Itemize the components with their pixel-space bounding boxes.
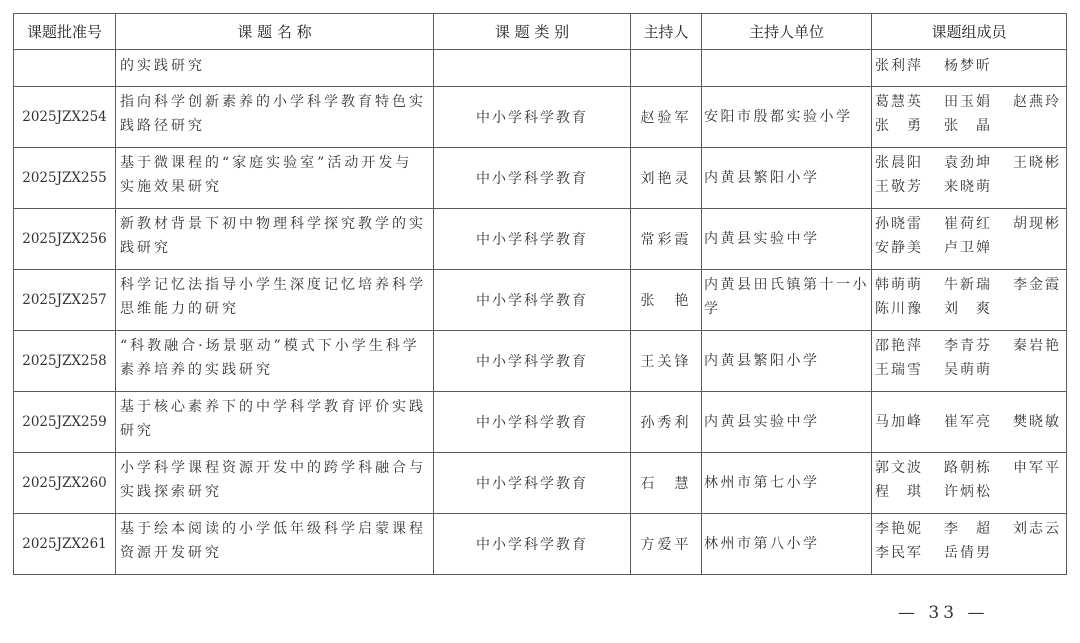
cell-category: 中小学科学教育	[434, 209, 631, 270]
cell-title: 小学科学课程资源开发中的跨学科融合与实践探索研究	[116, 453, 434, 514]
cell-id: 2025JZX261	[14, 514, 116, 575]
header-category: 课 题 类 别	[434, 14, 631, 50]
cell-unit: 林州市第七小学	[702, 453, 872, 514]
table-row: 2025JZX258 “科教融合·场景驱动”模式下小学生科学素养培养的实践研究 …	[14, 331, 1067, 392]
cell-unit: 内黄县田氏镇第十一小学	[702, 270, 872, 331]
cell-id: 2025JZX258	[14, 331, 116, 392]
header-host: 主持人	[631, 14, 702, 50]
header-unit: 主持人单位	[702, 14, 872, 50]
members-line: 邵艳萍 李青芬 秦岩艳	[875, 334, 1063, 358]
cell-unit: 内黄县繁阳小学	[702, 331, 872, 392]
cell-category: 中小学科学教育	[434, 148, 631, 209]
cell-id: 2025JZX260	[14, 453, 116, 514]
page-number: — 33 —	[898, 603, 988, 623]
cell-host: 孙秀利	[631, 392, 702, 453]
cell-unit: 林州市第八小学	[702, 514, 872, 575]
cell-members: 张利萍 杨梦昕	[872, 50, 1067, 87]
cell-title: 新教材背景下初中物理科学探究教学的实践研究	[116, 209, 434, 270]
cell-unit: 安阳市殷都实验小学	[702, 87, 872, 148]
cell-category: 中小学科学教育	[434, 270, 631, 331]
cell-host: 赵验军	[631, 87, 702, 148]
cell-title: 的实践研究	[116, 50, 434, 87]
table-row: 2025JZX261 基于绘本阅读的小学低年级科学启蒙课程资源开发研究 中小学科…	[14, 514, 1067, 575]
table-row: 2025JZX254 指向科学创新素养的小学科学教育特色实践路径研究 中小学科学…	[14, 87, 1067, 148]
cell-category: 中小学科学教育	[434, 392, 631, 453]
cell-title: 指向科学创新素养的小学科学教育特色实践路径研究	[116, 87, 434, 148]
cell-host: 石 慧	[631, 453, 702, 514]
members-line: 张 勇 张 晶	[875, 114, 1063, 138]
project-table: 课题批准号 课 题 名 称 课 题 类 别 主持人 主持人单位 课题组成员 的实…	[13, 13, 1067, 575]
members-line: 李民军 岳倩男	[875, 541, 1063, 565]
table-row: 2025JZX259 基于核心素养下的中学科学教育评价实践研究 中小学科学教育 …	[14, 392, 1067, 453]
cell-id: 2025JZX255	[14, 148, 116, 209]
cell-host: 常彩霞	[631, 209, 702, 270]
members-line: 马加峰 崔军亮 樊晓敏	[875, 410, 1063, 434]
header-members: 课题组成员	[872, 14, 1067, 50]
cell-members: 邵艳萍 李青芬 秦岩艳 王瑞雪 吴萌萌	[872, 331, 1067, 392]
members-line: 程 琪 许炳松	[875, 480, 1063, 504]
cell-members: 张晨阳 袁劲坤 王晓彬 王敬芳 来晓萌	[872, 148, 1067, 209]
cell-title: 科学记忆法指导小学生深度记忆培养科学思维能力的研究	[116, 270, 434, 331]
cell-host: 张 艳	[631, 270, 702, 331]
header-id: 课题批准号	[14, 14, 116, 50]
cell-host	[631, 50, 702, 87]
table-row: 2025JZX257 科学记忆法指导小学生深度记忆培养科学思维能力的研究 中小学…	[14, 270, 1067, 331]
members-line: 安静美 卢卫婵	[875, 236, 1063, 260]
members-line: 韩萌萌 牛新瑞 李金霞	[875, 273, 1063, 297]
cell-id: 2025JZX256	[14, 209, 116, 270]
cell-category: 中小学科学教育	[434, 514, 631, 575]
cell-id: 2025JZX259	[14, 392, 116, 453]
members-line: 王敬芳 来晓萌	[875, 175, 1063, 199]
cell-members: 葛慧英 田玉娟 赵燕玲 张 勇 张 晶	[872, 87, 1067, 148]
header-title: 课 题 名 称	[116, 14, 434, 50]
members-line: 郭文波 路朝栋 申军平	[875, 456, 1063, 480]
cell-host: 刘艳灵	[631, 148, 702, 209]
cell-title: 基于核心素养下的中学科学教育评价实践研究	[116, 392, 434, 453]
members-line: 葛慧英 田玉娟 赵燕玲	[875, 90, 1063, 114]
cell-host: 王关锋	[631, 331, 702, 392]
table-row: 2025JZX260 小学科学课程资源开发中的跨学科融合与实践探索研究 中小学科…	[14, 453, 1067, 514]
cell-members: 李艳妮 李 超 刘志云 李民军 岳倩男	[872, 514, 1067, 575]
cell-title: “科教融合·场景驱动”模式下小学生科学素养培养的实践研究	[116, 331, 434, 392]
cell-members: 韩萌萌 牛新瑞 李金霞 陈川豫 刘 爽	[872, 270, 1067, 331]
cell-members: 孙晓雷 崔荷红 胡现彬 安静美 卢卫婵	[872, 209, 1067, 270]
cell-title: 基于绘本阅读的小学低年级科学启蒙课程资源开发研究	[116, 514, 434, 575]
members-line: 王瑞雪 吴萌萌	[875, 358, 1063, 382]
table-row: 2025JZX255 基于微课程的“家庭实验室”活动开发与实施效果研究 中小学科…	[14, 148, 1067, 209]
table-row: 2025JZX256 新教材背景下初中物理科学探究教学的实践研究 中小学科学教育…	[14, 209, 1067, 270]
cell-id	[14, 50, 116, 87]
cell-category: 中小学科学教育	[434, 331, 631, 392]
cell-members: 郭文波 路朝栋 申军平 程 琪 许炳松	[872, 453, 1067, 514]
cell-id: 2025JZX257	[14, 270, 116, 331]
cell-category: 中小学科学教育	[434, 453, 631, 514]
cell-id: 2025JZX254	[14, 87, 116, 148]
cell-category	[434, 50, 631, 87]
members-line: 孙晓雷 崔荷红 胡现彬	[875, 212, 1063, 236]
members-line: 李艳妮 李 超 刘志云	[875, 517, 1063, 541]
continuation-row: 的实践研究 张利萍 杨梦昕	[14, 50, 1067, 87]
cell-host: 方爱平	[631, 514, 702, 575]
header-row: 课题批准号 课 题 名 称 课 题 类 别 主持人 主持人单位 课题组成员	[14, 14, 1067, 50]
cell-unit: 内黄县实验中学	[702, 392, 872, 453]
members-line: 陈川豫 刘 爽	[875, 297, 1063, 321]
cell-category: 中小学科学教育	[434, 87, 631, 148]
members-line: 张利萍 杨梦昕	[875, 54, 1063, 78]
cell-unit: 内黄县繁阳小学	[702, 148, 872, 209]
cell-unit: 内黄县实验中学	[702, 209, 872, 270]
cell-title: 基于微课程的“家庭实验室”活动开发与实施效果研究	[116, 148, 434, 209]
cell-unit	[702, 50, 872, 87]
members-line: 张晨阳 袁劲坤 王晓彬	[875, 151, 1063, 175]
cell-members: 马加峰 崔军亮 樊晓敏	[872, 392, 1067, 453]
